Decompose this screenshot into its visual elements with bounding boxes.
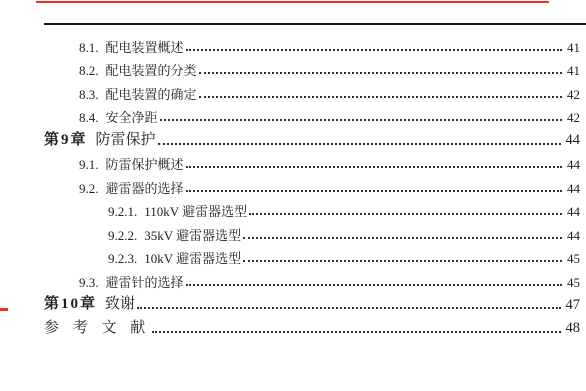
toc-entry-title: 参 考 文 献 [44, 321, 150, 336]
toc-row[interactable]: 9.2. 避雷器的选择 44 [44, 175, 580, 199]
toc-page-number: 44 [567, 205, 580, 218]
toc-leader-dots [243, 260, 562, 262]
toc-row[interactable]: 9.3. 避雷针的选择 45 [44, 269, 580, 293]
toc-page-number: 44 [566, 133, 581, 148]
toc-entry-title: 配电装置的分类 [106, 64, 197, 77]
toc-leader-dots [152, 331, 560, 333]
toc-row[interactable]: 9.2.3. 10kV 避雷器选型 45 [44, 246, 580, 270]
toc-entry-number: 9.2.3. [108, 252, 137, 265]
toc-page-number: 44 [567, 158, 580, 171]
red-annotation-line [36, 1, 549, 3]
toc-page-number: 41 [567, 41, 580, 54]
toc-entry-number: 第9章 [44, 133, 88, 148]
toc-leader-dots [186, 284, 562, 286]
toc-leader-dots [186, 49, 562, 51]
toc-entry-title: 35kV 避雷器选型 [144, 229, 241, 242]
toc-entry-title: 配电装置概述 [106, 41, 184, 54]
red-annotation-dash [0, 308, 8, 311]
toc-entry-title: 110kV 避雷器选型 [144, 205, 247, 218]
toc-row[interactable]: 参 考 文 献 48 [44, 316, 580, 340]
toc-row[interactable]: 8.2. 配电装置的分类 41 [44, 58, 580, 82]
toc-row[interactable]: 8.3. 配电装置的确定 42 [44, 81, 580, 105]
toc-leader-dots [186, 190, 562, 192]
toc-row[interactable]: 8.1. 配电装置概述 41 [44, 34, 580, 58]
toc-leader-dots [137, 307, 560, 309]
toc-entry-number: 8.2. [79, 64, 99, 77]
toc-page-number: 48 [566, 321, 581, 336]
toc-entry-title: 配电装置的确定 [106, 88, 197, 101]
toc-row[interactable]: 8.4. 安全净距 42 [44, 105, 580, 129]
toc-entry-number: 9.1. [79, 158, 99, 171]
document-page: 8.1. 配电装置概述 41 8.2. 配电装置的分类 41 8.3. 配电装置… [0, 0, 586, 391]
toc-entry-number: 8.4. [79, 111, 99, 124]
toc-entry-title: 安全净距 [106, 111, 158, 124]
toc-entry-title: 防雷保护概述 [106, 158, 184, 171]
page-header-rule [44, 23, 586, 25]
toc-row[interactable]: 第10章 致谢 47 [44, 293, 580, 317]
toc-row[interactable]: 9.1. 防雷保护概述 44 [44, 152, 580, 176]
toc-entry-number: 9.3. [79, 276, 99, 289]
toc-entry-number: 9.2.2. [108, 229, 137, 242]
toc-row[interactable]: 9.2.1. 110kV 避雷器选型 44 [44, 199, 580, 223]
toc-page-number: 47 [566, 298, 581, 313]
toc-leader-dots [186, 166, 562, 168]
toc-page-number: 42 [567, 88, 580, 101]
toc-row[interactable]: 第9章 防雷保护 44 [44, 128, 580, 152]
toc-leader-dots [249, 213, 562, 215]
toc-page-number: 45 [567, 252, 580, 265]
toc-entry-number: 第10章 [44, 297, 97, 312]
toc-leader-dots [199, 96, 562, 98]
toc-page-number: 42 [567, 111, 580, 124]
toc-entry-title: 10kV 避雷器选型 [144, 252, 241, 265]
toc-page-number: 44 [567, 229, 580, 242]
toc-leader-dots [160, 119, 562, 121]
toc-entry-number: 9.2.1. [108, 205, 137, 218]
toc-entry-number: 9.2. [79, 182, 99, 195]
toc-page-number: 44 [567, 182, 580, 195]
toc-page-number: 45 [567, 276, 580, 289]
toc-page-number: 41 [567, 64, 580, 77]
toc-entry-title: 致谢 [105, 297, 135, 312]
toc: 8.1. 配电装置概述 41 8.2. 配电装置的分类 41 8.3. 配电装置… [44, 34, 580, 340]
toc-leader-dots [199, 72, 562, 74]
toc-entry-number: 8.1. [79, 41, 99, 54]
toc-row[interactable]: 9.2.2. 35kV 避雷器选型 44 [44, 222, 580, 246]
toc-entry-title: 避雷针的选择 [106, 276, 184, 289]
toc-leader-dots [158, 143, 561, 145]
toc-entry-title: 防雷保护 [96, 133, 156, 148]
toc-entry-number: 8.3. [79, 88, 99, 101]
toc-entry-title: 避雷器的选择 [106, 182, 184, 195]
toc-leader-dots [243, 237, 562, 239]
